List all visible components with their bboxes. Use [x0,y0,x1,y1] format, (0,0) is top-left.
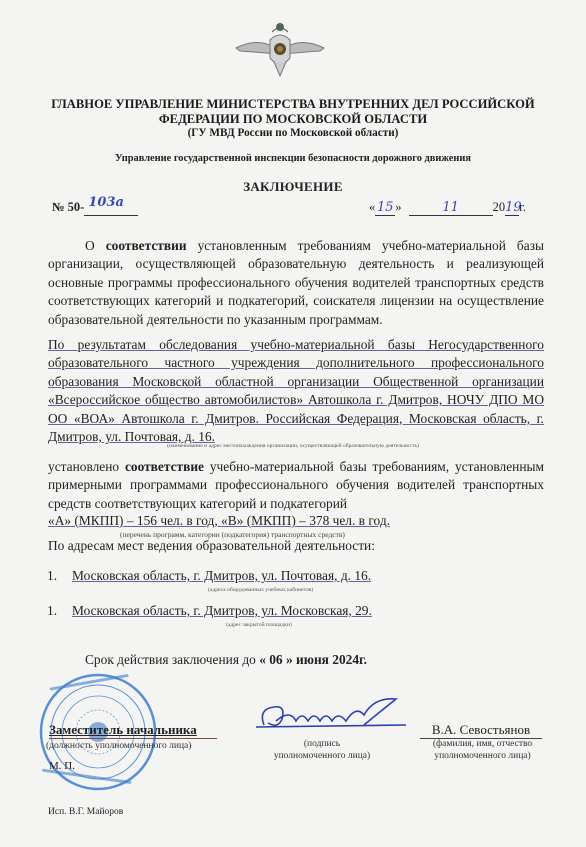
intro-bold-word: соответствии [106,238,187,253]
signature-caption-line-2: уполномоченного лица) [257,750,387,762]
signature-caption-line-1: (подпись [257,738,387,750]
seal-mark: М. П. [49,760,75,772]
document-number-prefix: № 50- [52,200,84,214]
address-item-number: 1. [47,568,57,584]
survey-paragraph: По результатам обследования учебно-матер… [48,336,544,446]
programs-list: «А» (МКПП) – 156 чел. в год, «В» (МКПП) … [48,513,390,529]
document-number: № 50-103а [52,200,138,216]
address-item-caption: (адрес закрытой площадки) [226,622,292,628]
signature-caption: (подпись уполномоченного лица) [257,738,387,762]
executor-name: Исп. В.Г. Майоров [48,807,123,817]
address-item: 1. Московская область, г. Дмитров, ул. П… [47,568,547,586]
survey-caption: (наименование и адрес местонахождения ор… [0,443,586,449]
validity-line: Срок действия заключения до « 06 » июня … [85,652,367,668]
name-caption: (фамилия, имя, отчество уполномоченного … [410,738,555,762]
conformity-paragraph: установлено соответствие учебно-материал… [48,458,544,513]
handwritten-signature-icon [256,695,406,735]
name-caption-line-2: уполномоченного лица) [410,750,555,762]
org-short-name: (ГУ МВД России по Московской области) [0,127,586,139]
date-month-handwritten: 11 [442,200,459,215]
date-day-handwritten: 15 [377,200,394,215]
intro-lead: О [85,238,106,253]
org-name-line-2: ФЕДЕРАЦИИ ПО МОСКОВСКОЙ ОБЛАСТИ [0,112,586,127]
name-caption-line-1: (фамилия, имя, отчество [410,738,555,750]
intro-paragraph: О соответствии установленным требованиям… [48,237,544,329]
addresses-heading: По адресам мест ведения образовательной … [48,538,375,554]
position-caption: (должность уполномоченного лица) [46,740,191,752]
date-year-mark: г. [519,200,526,214]
address-item-caption: (адреса оборудованных учебных кабинетов) [208,587,313,593]
position-underline [49,738,217,739]
validity-date: « 06 » июня 2024г. [259,652,367,667]
date-year-prefix: 20 [493,200,506,214]
document-page: ГЛАВНОЕ УПРАВЛЕНИЕ МИНИСТЕРСТВА ВНУТРЕНН… [0,0,586,847]
document-date: «15» 112019г. [369,200,526,216]
address-item-text: Московская область, г. Дмитров, ул. Почт… [72,568,371,584]
document-title: ЗАКЛЮЧЕНИЕ [0,179,586,195]
address-item-number: 1. [47,603,57,619]
conformity-bold-word: соответствие [125,459,204,474]
org-name-line-1: ГЛАВНОЕ УПРАВЛЕНИЕ МИНИСТЕРСТВА ВНУТРЕНН… [0,97,586,112]
mvd-emblem-icon [232,18,328,78]
signer-name: В.А. Севостьянов [420,722,542,739]
address-item-text: Московская область, г. Дмитров, ул. Моск… [72,603,372,619]
validity-lead: Срок действия заключения до [85,652,259,667]
date-quote-close: » [395,200,401,214]
address-item: 1. Московская область, г. Дмитров, ул. М… [47,603,547,621]
department-name: Управление государственной инспекции без… [0,153,586,164]
conformity-lead: установлено [48,459,125,474]
signer-position: Заместитель начальника [49,722,197,738]
document-number-handwritten: 103а [88,195,124,210]
